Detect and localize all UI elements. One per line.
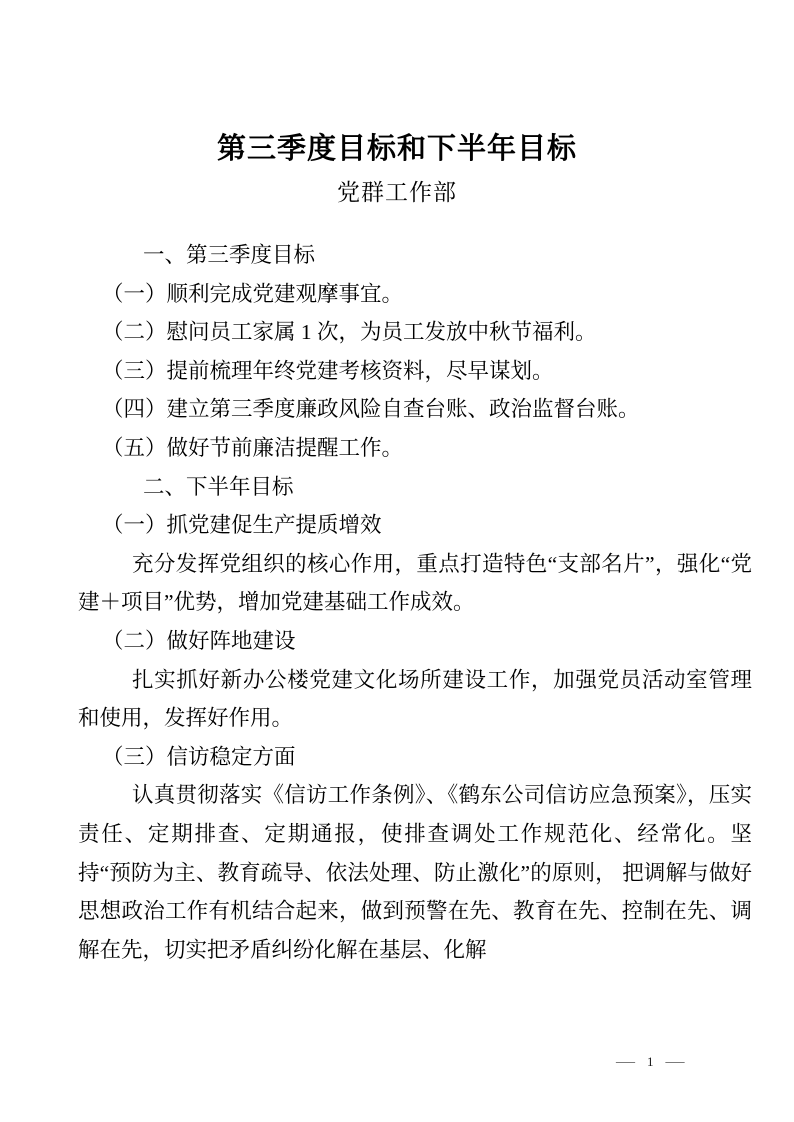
section-2-item-3-body: 认真贯彻落实《信访工作条例》、《鹤东公司信访应急预案》，压实责任、定期排查、定期…: [78, 776, 752, 969]
section-2-item-1-body: 充分发挥党组织的核心作用，重点打造特色“支部名片”，强化“党建＋项目”优势，增加…: [78, 545, 752, 622]
section-1-item-3: （三）提前梳理年终党建考核资料，尽早谋划。: [78, 352, 752, 391]
section-1-heading: 一、第三季度目标: [78, 236, 752, 275]
document-page: 第三季度目标和下半年目标 党群工作部 一、第三季度目标 （一）顺利完成党建观摩事…: [0, 0, 794, 1122]
footer-dash-right: —: [666, 1052, 685, 1071]
section-2-item-1: （一）抓党建促生产提质增效: [78, 506, 752, 545]
document-body: 一、第三季度目标 （一）顺利完成党建观摩事宜。 （二）慰问员工家属 1 次，为员…: [78, 236, 752, 969]
page-footer: — 1 —: [616, 1050, 685, 1072]
page-number: 1: [647, 1055, 654, 1068]
section-2-item-3: （三）信访稳定方面: [78, 738, 752, 777]
section-2-item-2: （二）做好阵地建设: [78, 622, 752, 661]
footer-dash-left: —: [616, 1052, 635, 1071]
section-1-item-4: （四）建立第三季度廉政风险自查台账、政治监督台账。: [78, 390, 752, 429]
section-2-heading: 二、下半年目标: [78, 468, 752, 507]
section-2-item-2-body: 扎实抓好新办公楼党建文化场所建设工作，加强党员活动室管理和使用，发挥好作用。: [78, 661, 752, 738]
document-subtitle: 党群工作部: [0, 178, 794, 208]
document-title: 第三季度目标和下半年目标: [0, 129, 794, 169]
section-1-item-2: （二）慰问员工家属 1 次，为员工发放中秋节福利。: [78, 313, 752, 352]
section-1-item-5: （五）做好节前廉洁提醒工作。: [78, 429, 752, 468]
section-1-item-1: （一）顺利完成党建观摩事宜。: [78, 275, 752, 314]
